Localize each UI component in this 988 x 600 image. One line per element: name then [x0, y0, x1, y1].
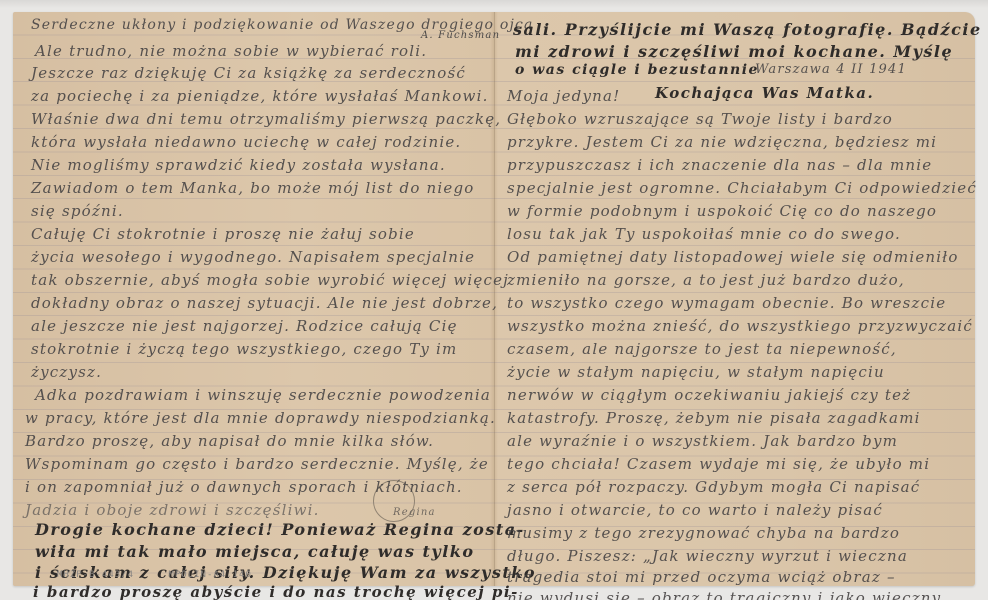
text-line: specjalnie jest ogromne. Chciałabym Ci o… — [507, 179, 977, 197]
text-line: jasno i otwarcie, to co warto i należy p… — [507, 501, 883, 519]
ink-line: mi zdrowi i szczęśliwi moi kochane. Myśl… — [515, 42, 953, 61]
text-line: katastrofy. Proszę, żebym nie pisała zag… — [507, 409, 921, 427]
text-line: Głęboko wzruszające są Twoje listy i bar… — [507, 110, 893, 128]
text-line: musimy z tego zrezygnować chyba na bardz… — [507, 524, 900, 542]
text-line: życie w stałym napięciu, w stałym napięc… — [507, 363, 885, 381]
archive-id: MHŻP-B-443/4 — [57, 570, 134, 580]
text-line: tak obszernie, abyś mogła sobie wyrobić … — [31, 271, 509, 289]
text-line: przypuszczasz i ich znaczenie dla nas – … — [507, 156, 932, 174]
mother-signature: Kochająca Was Matka. — [655, 84, 874, 102]
text-line: tego chciała! Czasem wydaje mi się, że u… — [507, 455, 930, 473]
ink-line: o was ciągle i bezustannie — [515, 62, 759, 78]
left-page: Serdeczne ukłony i podziękowanie od Wasz… — [13, 12, 494, 586]
text-line: Od pamiętnej daty listopadowej wiele się… — [507, 248, 959, 266]
text-line: zmieniło na gorsze, a to jest już bardzo… — [507, 271, 905, 289]
archive-stamp: MHŻP-B-443/4 MPOLIN-A4.140 — [57, 570, 280, 580]
text-line: Całuję Ci stokrotnie i proszę nie żałuj … — [31, 225, 415, 243]
text-line: Nie mogliśmy sprawdzić kiedy została wys… — [31, 156, 446, 174]
text-line: czasem, ale najgorsze to jest ta niepewn… — [507, 340, 897, 358]
text-line: długo. Piszesz: „Jak wieczny wyrzut i wi… — [507, 547, 908, 565]
text-line: Adka pozdrawiam i winszuję serdecznie po… — [35, 386, 491, 404]
text-line: losu tak jak Ty uspokoiłaś mnie co do sw… — [507, 225, 901, 243]
text-line: która wysłała niedawno uciechę w całej r… — [31, 133, 461, 151]
letter-sheet: Serdeczne ukłony i podziękowanie od Wasz… — [13, 12, 975, 586]
text-line: dokładny obraz o naszej sytuacji. Ale ni… — [31, 294, 498, 312]
ink-line: i bardzo proszę abyście i do nas trochę … — [33, 583, 519, 600]
text-line: ale wyraźnie i o wszystkiem. Jak bardzo … — [507, 432, 898, 450]
text-line: przykre. Jestem Ci za nie wdzięczna, będ… — [507, 133, 937, 151]
text-line: z serca pół rozpaczy. Gdybym mogła Ci na… — [507, 478, 920, 496]
text-line: w formie podobnym i uspokoić Cię co do n… — [507, 202, 937, 220]
ink-line: Drogie kochane dzieci! Ponieważ Regina z… — [35, 520, 525, 539]
place-date: Warszawa 4 II 1941 — [755, 62, 907, 77]
text-line: tragedia stoi mi przed oczyma wciąż obra… — [507, 568, 896, 586]
text-line: Zawiadom o tem Manka, bo może mój list d… — [31, 179, 475, 197]
text-line: życia wesołego i wygodnego. Napisałem sp… — [31, 248, 475, 266]
archive-id: MPOLIN-A4.140 — [168, 570, 251, 580]
text-line: Jadzia i oboje zdrowi i szczęśliwi. — [25, 501, 320, 519]
text-line: Właśnie dwa dni temu otrzymaliśmy pierws… — [31, 110, 501, 128]
text-line: życzysz. — [31, 363, 102, 381]
text-line: w pracy, które jest dla mnie doprawdy ni… — [25, 409, 496, 427]
text-line: nerwów w ciągłym oczekiwaniu jakiejś czy… — [507, 386, 911, 404]
text-line: wszystko można znieść, do wszystkiego pr… — [507, 317, 973, 335]
right-page: sali. Przyślijcie mi Waszą fotografię. B… — [495, 12, 975, 586]
ink-line: sali. Przyślijcie mi Waszą fotografię. B… — [513, 20, 982, 39]
ink-line: wiła mi tak mało miejsca, całuję was tyl… — [35, 542, 475, 561]
text-line: Bardzo proszę, aby napisał do mnie kilka… — [25, 432, 434, 450]
text-line: Jeszcze raz dziękuję Ci za książkę za se… — [31, 64, 466, 82]
scanned-letter: Serdeczne ukłony i podziękowanie od Wasz… — [0, 0, 988, 600]
text-line: to wszystko czego wymagam obecnie. Bo wr… — [507, 294, 946, 312]
text-line: stokrotnie i życzą tego wszystkiego, cze… — [31, 340, 457, 358]
text-line: nie wydusi się – obraz to tragiczny i ja… — [507, 589, 941, 600]
margin-note: Regina — [393, 507, 436, 518]
text-line: Ale trudno, nie można sobie w wybierać r… — [35, 42, 427, 60]
text-line: za pociechę i za pieniądze, które wysłał… — [31, 87, 489, 105]
header-signature: A. Fuchsman — [421, 30, 500, 41]
text-line: się spóźni. — [31, 202, 124, 220]
salutation: Moja jedyna! — [507, 87, 620, 105]
text-line: Wspominam go często i bardzo serdecznie.… — [25, 455, 489, 473]
text-line: ale jeszcze nie jest najgorzej. Rodzice … — [31, 317, 458, 335]
